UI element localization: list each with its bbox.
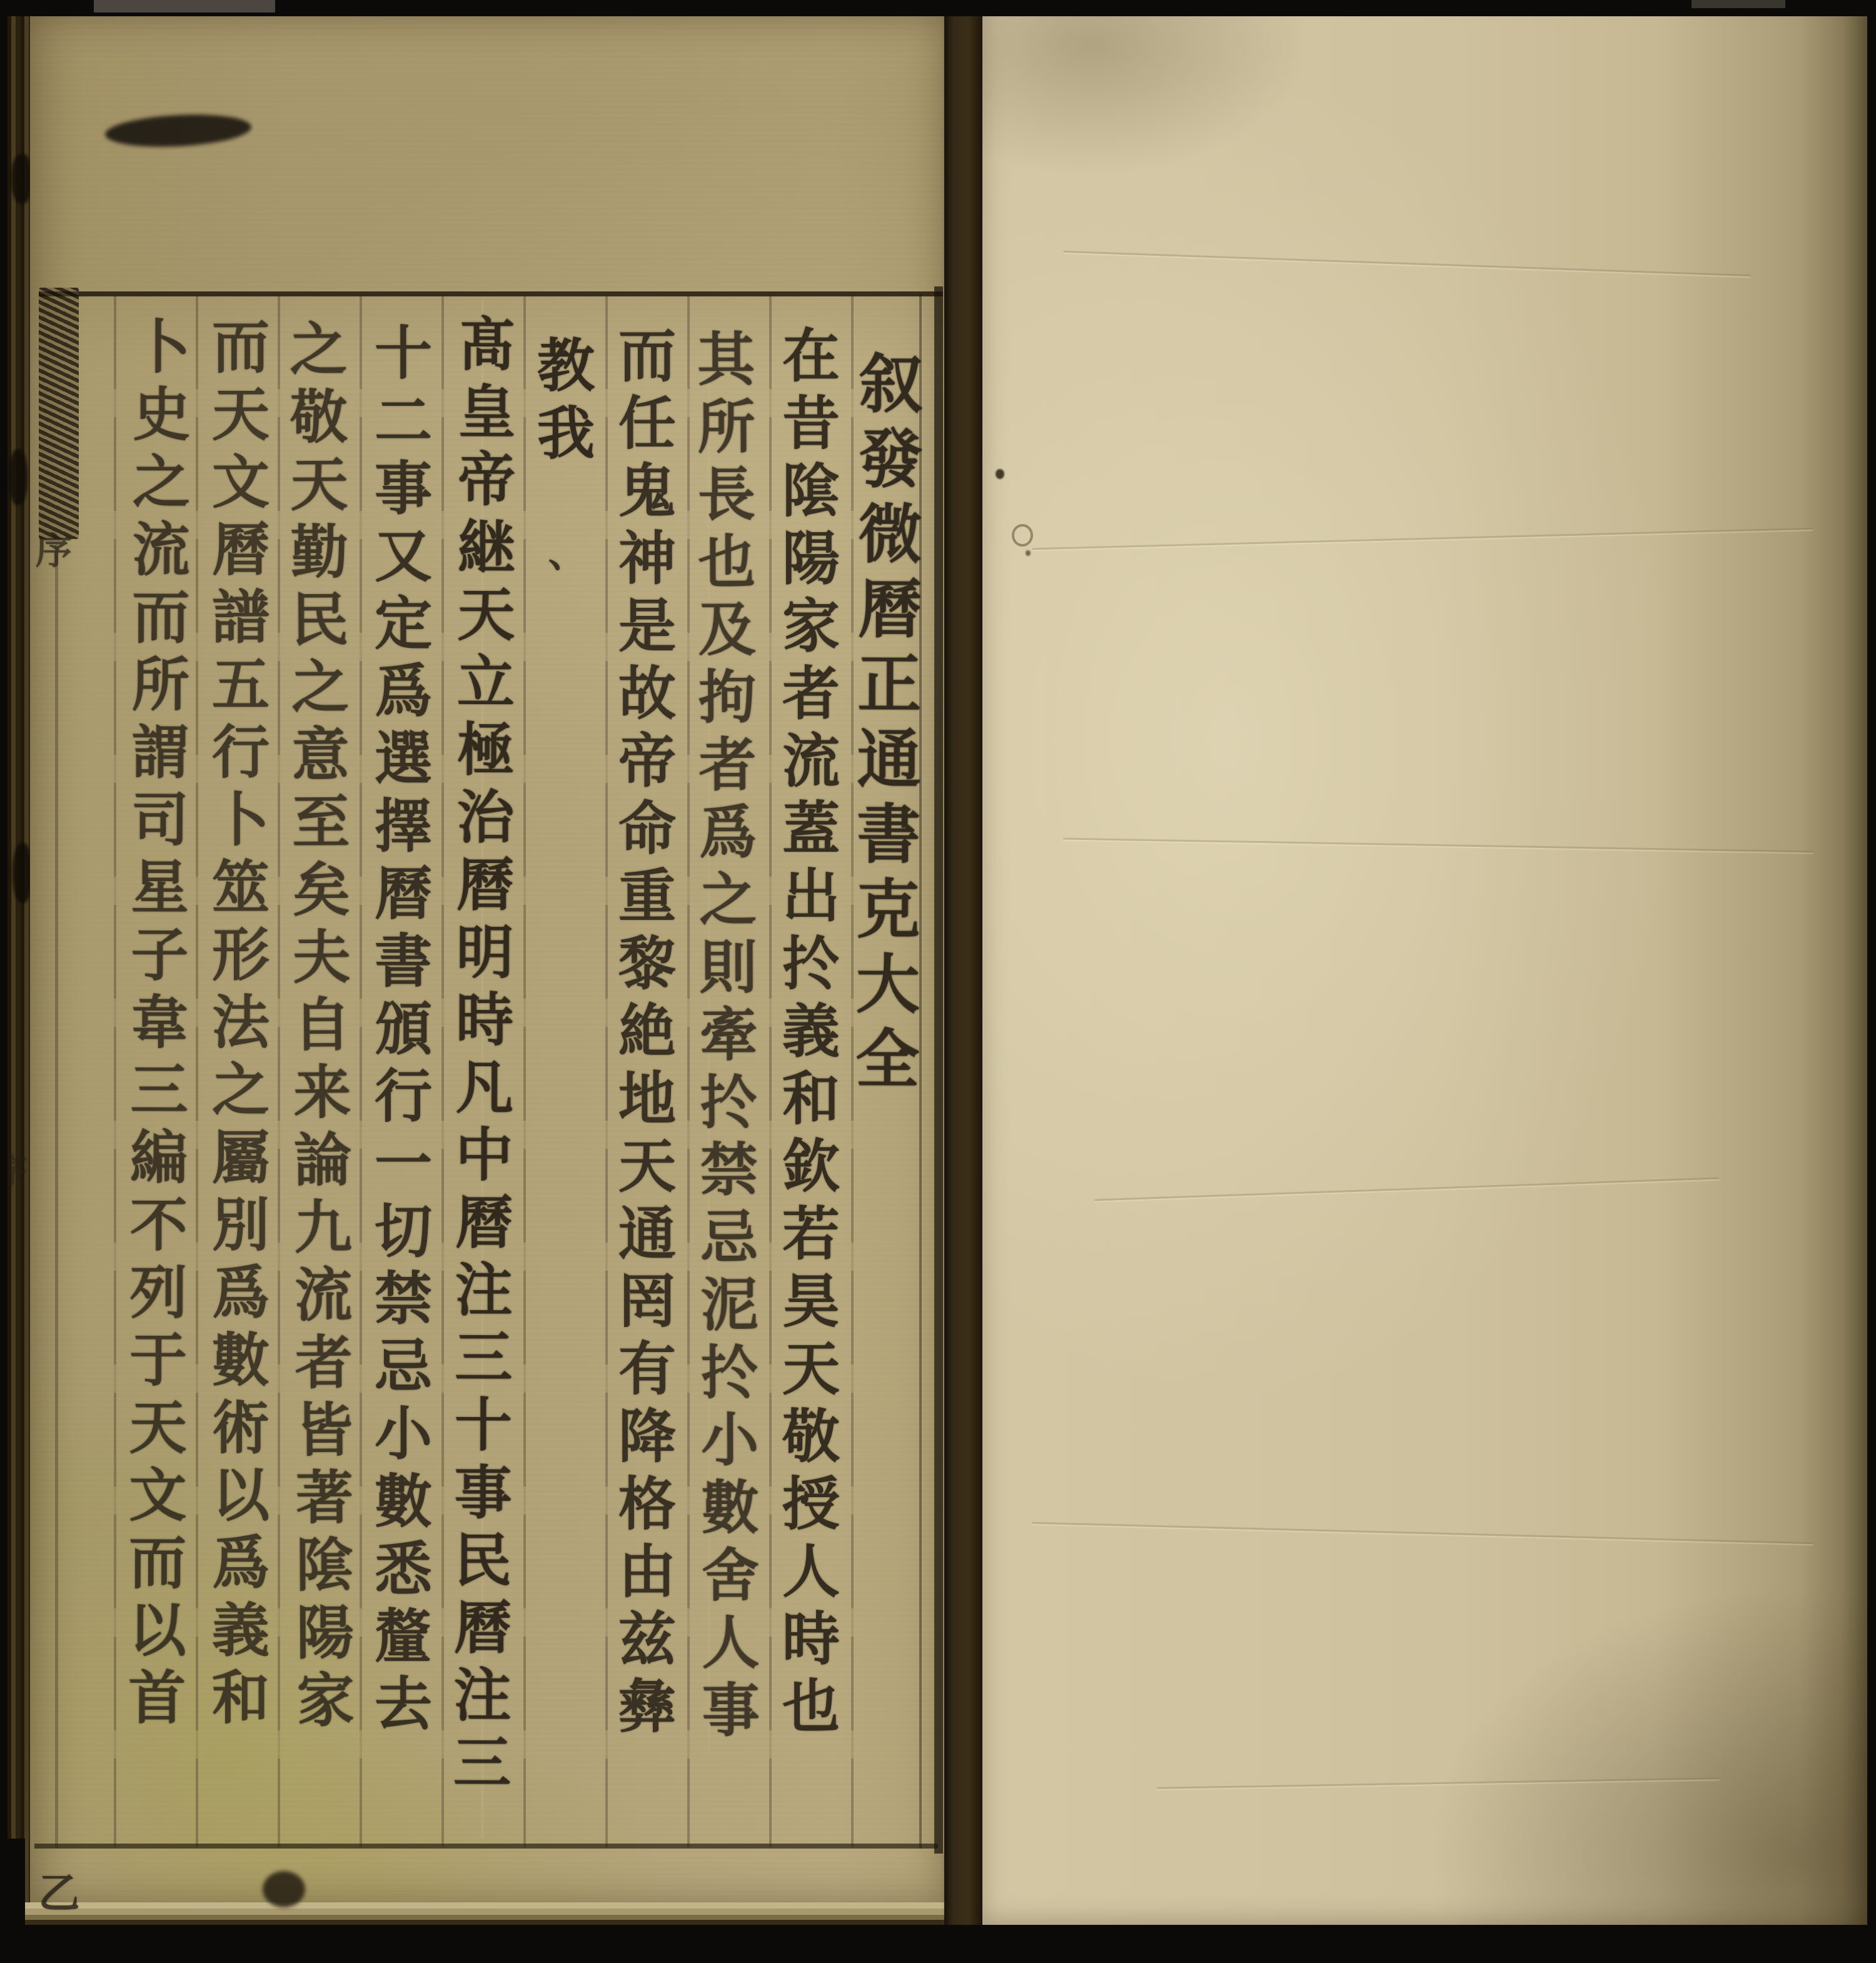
paper-speck bbox=[1012, 524, 1033, 547]
right-page-blank bbox=[982, 5, 1869, 1934]
background-band-right bbox=[1867, 0, 1876, 1963]
text-column-5: 髙皇帝継天立極治曆明時凡中曆注三十事民曆注三 bbox=[449, 314, 512, 1800]
text-column-8: 而天文曆譜五行卜筮形法之屬別爲數術以爲義和 bbox=[208, 316, 265, 1735]
pause-mark: 、 bbox=[519, 558, 559, 598]
text-column-1: 在昔隂陽家者流蓋出扵義和欽若昊天敬授人時也 bbox=[778, 325, 835, 1743]
bottom-edge-stain bbox=[263, 1871, 305, 1907]
text-column-3: 而任鬼神是故帝命重黎絶地天通罔有降格由兹彝 bbox=[614, 325, 672, 1743]
text-column-9: 卜史之流而所謂司星子韋三編不列于天文而以首 bbox=[124, 316, 186, 1735]
background-band-bottom bbox=[0, 1925, 1876, 1963]
text-column-2: 其所長也及拘者爲之則牽扵禁忌泥扵小數舍人事 bbox=[693, 329, 755, 1747]
stacked-leaf-edges bbox=[19, 1902, 944, 1925]
background-band-left bbox=[0, 0, 8, 1963]
background-band-top bbox=[1692, 0, 1785, 8]
background-corner bbox=[0, 1839, 25, 1963]
text-column-6: 十二事又定爲選擇曆書頒行一切禁忌小數悉釐去 bbox=[370, 323, 428, 1741]
frame-left-border-faint bbox=[55, 544, 58, 1848]
margin-mark-xu: 序 bbox=[33, 532, 69, 568]
spine-wear-mark bbox=[9, 449, 28, 505]
paper-speck bbox=[1026, 550, 1031, 556]
paper-speck bbox=[996, 469, 1004, 479]
gutter-shadow bbox=[941, 13, 982, 1926]
frame-left-ink-bar bbox=[39, 288, 79, 539]
book-scan: 叙發微曆正通書克大全 在昔隂陽家者流蓋出扵義和欽若昊天敬授人時也 其所長也及拘者… bbox=[0, 0, 1876, 1963]
background-band-top bbox=[94, 0, 275, 13]
spine-wear-mark bbox=[11, 154, 33, 204]
margin-mark-yi: 乙 bbox=[35, 1871, 76, 1912]
text-column-7: 之敬天勤民之意至矣夫自来論九流者皆著隂陽家 bbox=[285, 319, 350, 1737]
background-band-top bbox=[0, 0, 1876, 16]
text-column-4: 教我 bbox=[533, 335, 590, 470]
title-column: 叙發微曆正通書克大全 bbox=[850, 350, 918, 1101]
